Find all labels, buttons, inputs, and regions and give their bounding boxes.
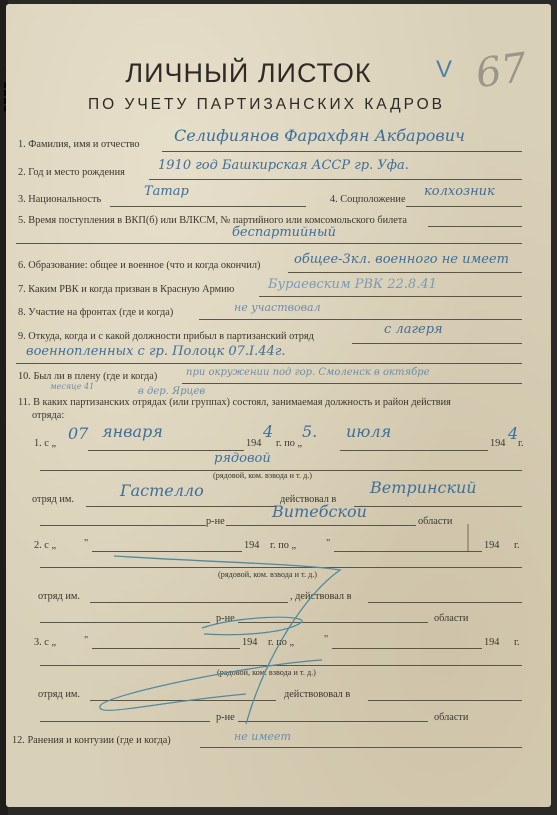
cross-out-scribble-icon: [6, 4, 551, 807]
document-sheet: ЛИЧНЫЙ ЛИСТОК ПО УЧЕТУ ПАРТИЗАНСКИХ КАДР…: [6, 4, 551, 807]
